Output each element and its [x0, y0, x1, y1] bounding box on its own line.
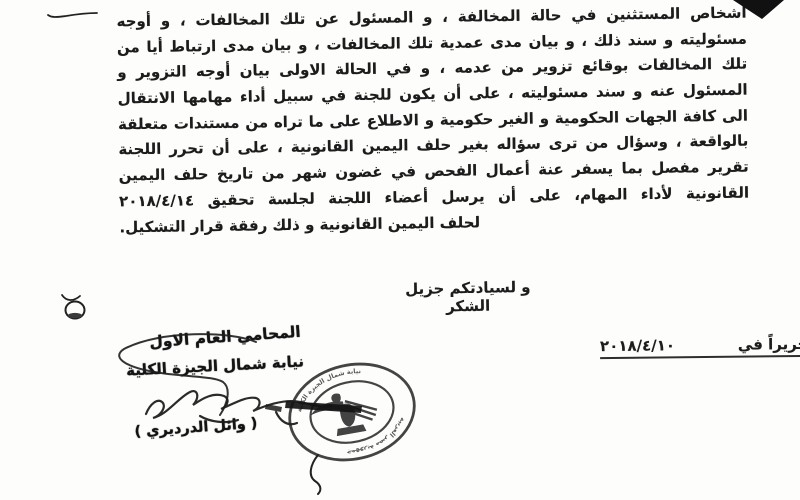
- scanned-document-page: أشخاص المستثنين في حالة المخالفة ، و الم…: [0, 0, 800, 500]
- official-seal: نيابة شمال الجيزة الكلية جمهورية مصر الع…: [265, 352, 424, 494]
- handwriting-and-seal-layer: نيابة شمال الجيزة الكلية جمهورية مصر الع…: [0, 0, 800, 500]
- eagle-emblem-icon: [308, 387, 380, 440]
- margin-dash-mark: [48, 13, 97, 17]
- corner-fold-mark: [733, 0, 784, 19]
- ink-smudge-fragment: [265, 404, 282, 412]
- margin-circle-doodle: [62, 295, 85, 319]
- seal-tail-scribble: [311, 455, 321, 494]
